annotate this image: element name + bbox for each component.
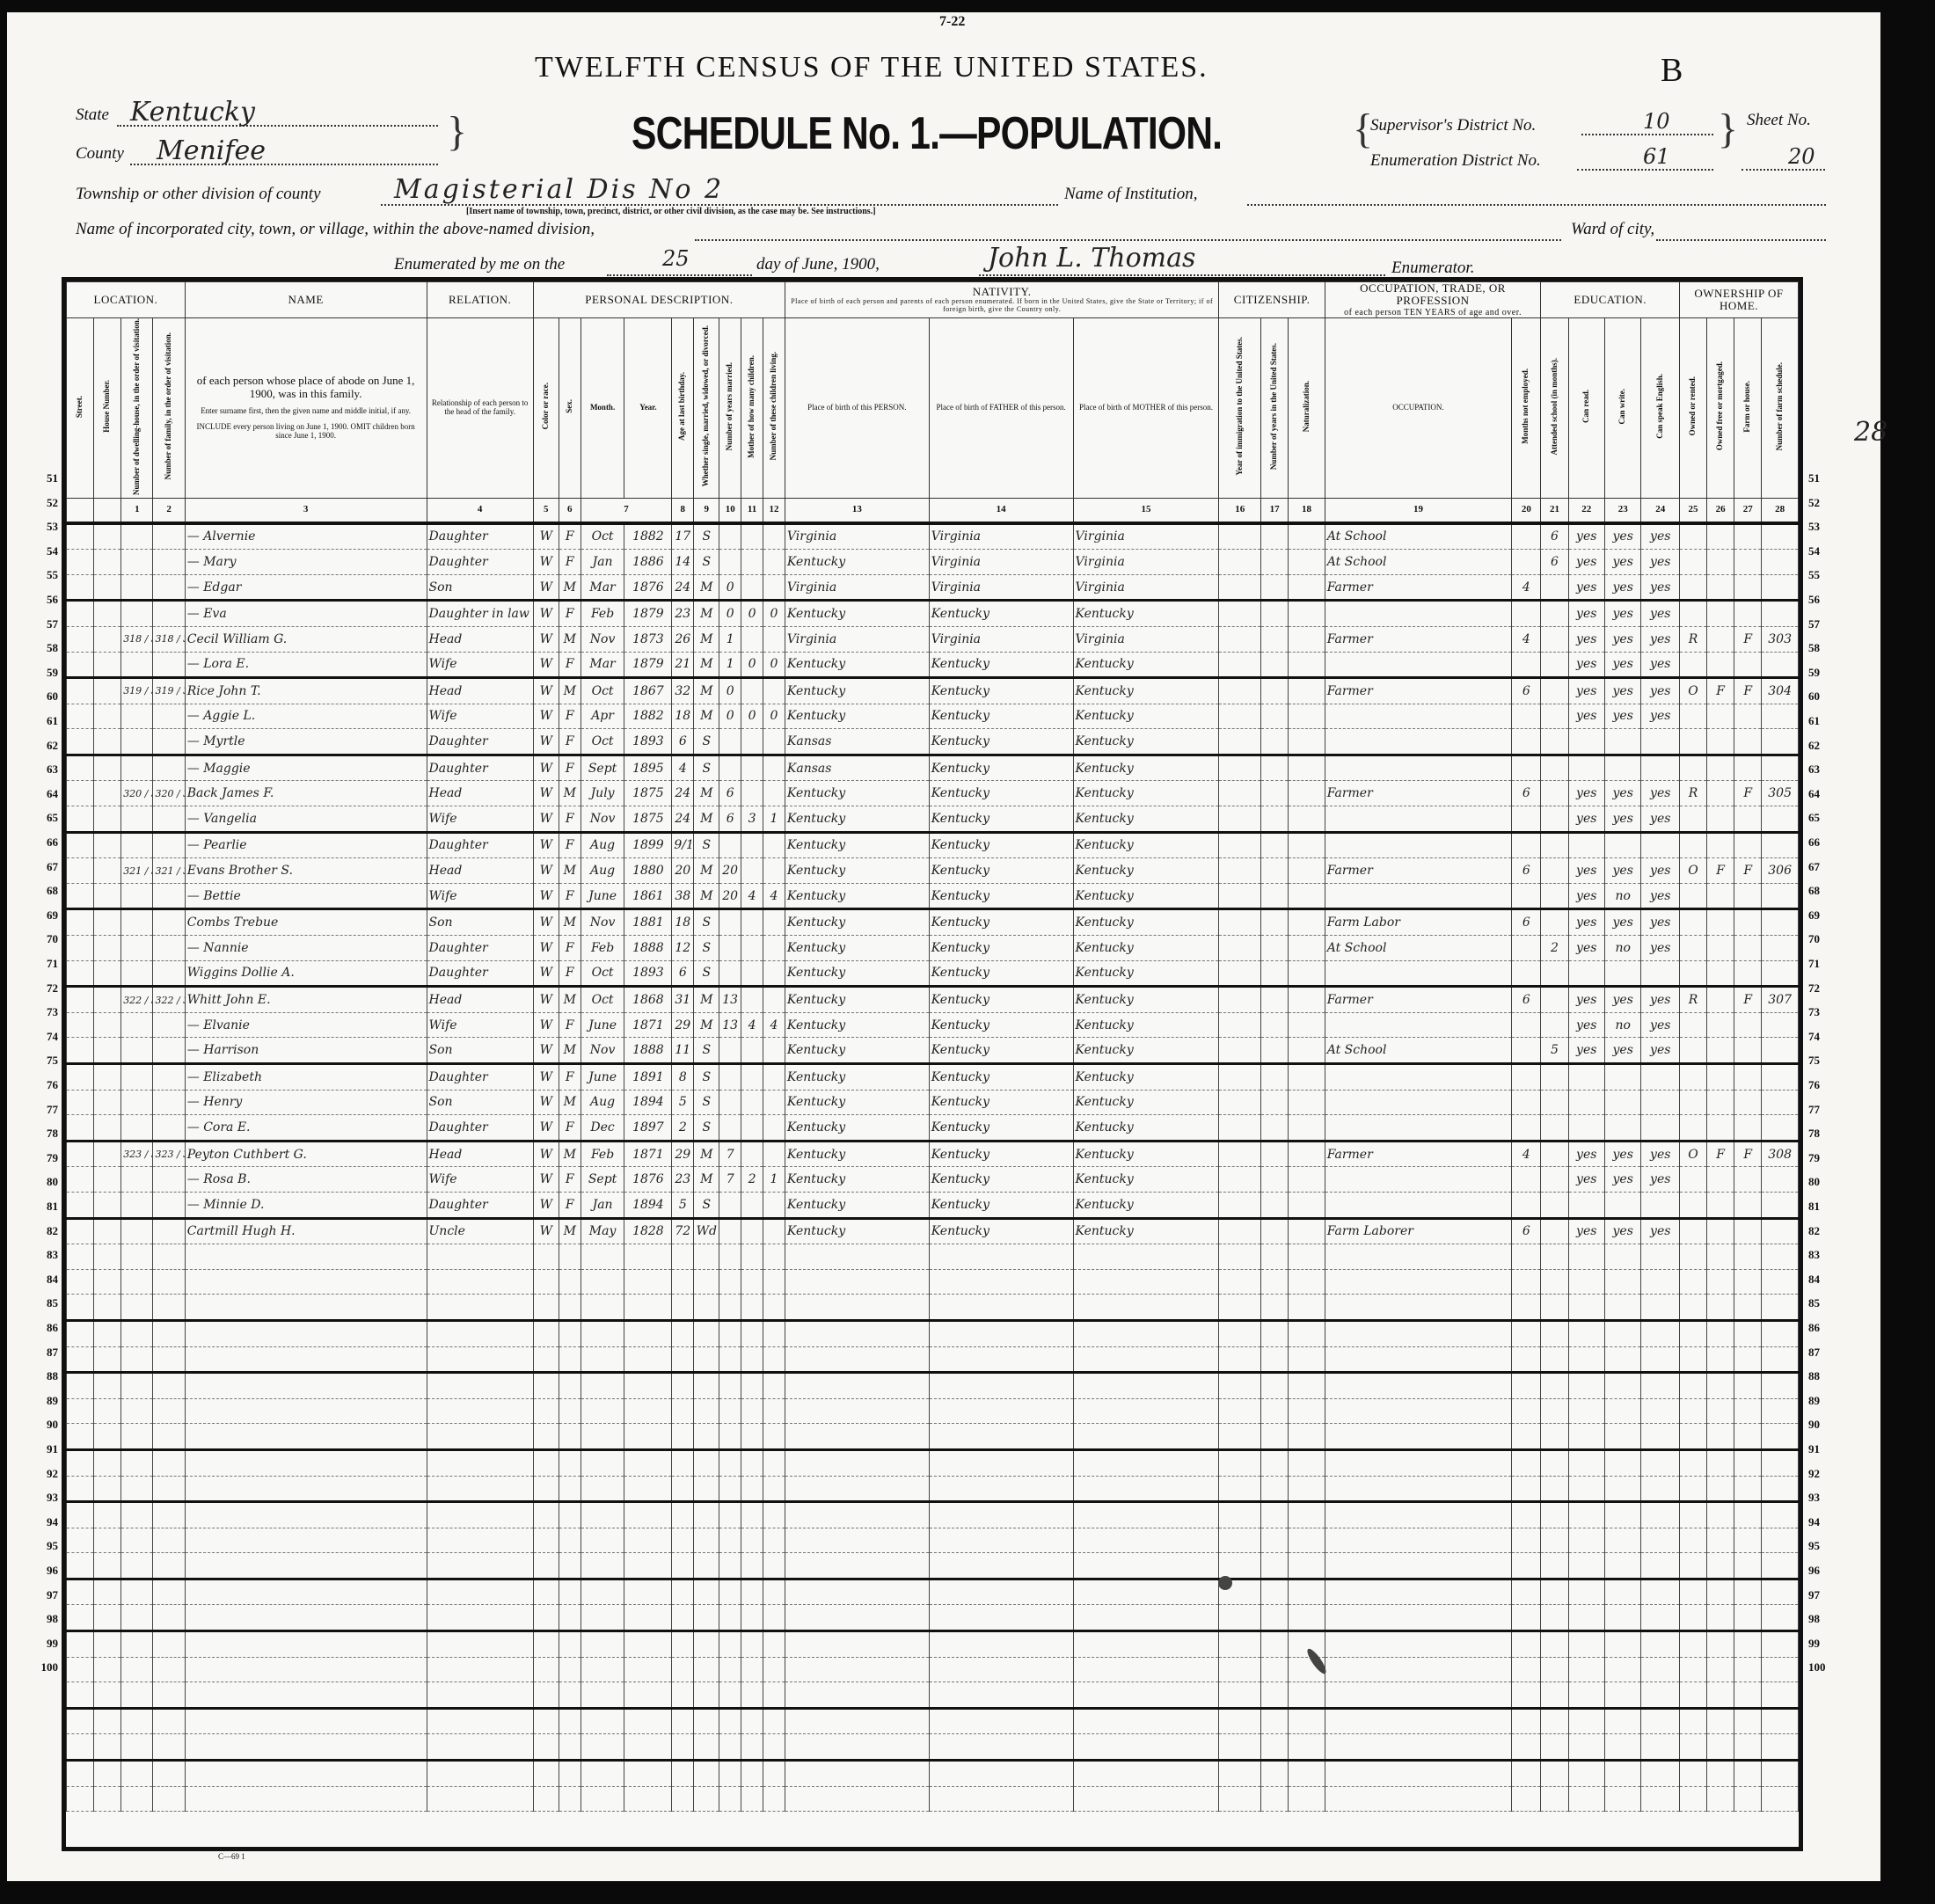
birthplace-mother-cell: Kentucky [1073, 832, 1219, 858]
occupation-cell: At School [1325, 1038, 1512, 1064]
empty-cell [121, 1553, 153, 1579]
empty-cell [580, 1631, 624, 1658]
house-cell [94, 626, 121, 652]
empty-cell [1641, 1295, 1680, 1321]
empty-cell [1680, 1708, 1707, 1734]
empty-cell [580, 1605, 624, 1631]
sex-cell: M [559, 678, 580, 704]
nat-cell [1289, 1090, 1325, 1115]
person-name-cell: Cecil William G. [185, 626, 427, 652]
imm-cell [1219, 1090, 1261, 1115]
house-cell [94, 806, 121, 833]
age-cell: 6 [672, 729, 694, 755]
nat-cell [1289, 832, 1325, 858]
speaks-english-cell [1641, 1115, 1680, 1142]
relation-cell: Daughter [427, 832, 533, 858]
nat-cell [1289, 1012, 1325, 1038]
yrs-cell [1261, 574, 1289, 601]
empty-cell [427, 1528, 533, 1553]
yrs-cell [1261, 1090, 1289, 1115]
line-number-left: 96 [26, 1564, 58, 1578]
can-read-cell [1568, 1192, 1604, 1218]
empty-cell [694, 1579, 719, 1605]
speaks-english-cell: yes [1641, 626, 1680, 652]
empty-cell [1512, 1244, 1541, 1270]
empty-cell [1325, 1786, 1512, 1812]
empty-cell [1568, 1657, 1604, 1682]
form-code: C—69 1 [218, 1852, 245, 1861]
empty-cell [1261, 1528, 1289, 1553]
years-married-cell [719, 1192, 741, 1218]
empty-cell [185, 1682, 427, 1709]
empty-cell [153, 1449, 185, 1476]
nativity-note: Place of birth of each person and parent… [785, 298, 1219, 314]
column-number: 20 [1512, 498, 1541, 523]
farm-house-cell: F [1734, 987, 1762, 1013]
empty-cell [1604, 1786, 1640, 1812]
empty-cell [1073, 1244, 1219, 1270]
empty-cell [427, 1553, 533, 1579]
farm-house-cell [1734, 601, 1762, 627]
school-months-cell: 6 [1541, 523, 1568, 550]
empty-cell [1289, 1295, 1325, 1321]
column-number [94, 498, 121, 523]
birth-month-cell: Feb [580, 936, 624, 961]
children-living-cell [763, 858, 785, 884]
empty-cell [1707, 1605, 1734, 1631]
birth-month-cell: Jan [580, 1192, 624, 1218]
empty-cell [694, 1553, 719, 1579]
children-born-cell [741, 1141, 763, 1167]
marital-status-cell: S [694, 729, 719, 755]
empty-cell [763, 1605, 785, 1631]
house-cell [94, 1167, 121, 1193]
empty-cell [1707, 1449, 1734, 1476]
farm-schedule-cell: 305 [1762, 781, 1799, 806]
street-cell [67, 550, 94, 575]
imm-cell [1219, 1012, 1261, 1038]
empty-cell [1680, 1657, 1707, 1682]
empty-cell [533, 1761, 559, 1787]
city-label: Name of incorporated city, town, or vill… [76, 220, 595, 239]
empty-cell [94, 1398, 121, 1424]
empty-cell [121, 1449, 153, 1476]
children-living-cell [763, 755, 785, 781]
empty-cell [67, 1631, 94, 1658]
line-number-left: 76 [26, 1078, 58, 1092]
person-name-cell: — Lora E. [185, 652, 427, 678]
street-cell [67, 832, 94, 858]
empty-cell [153, 1346, 185, 1373]
children-living-cell: 0 [763, 704, 785, 729]
table-row: — Lora E.WifeWFMar187921M100KentuckyKent… [67, 652, 1799, 678]
empty-cell [694, 1320, 719, 1346]
col-birthplace-mother: Place of birth of MOTHER of this person. [1073, 317, 1219, 498]
can-read-cell: yes [1568, 574, 1604, 601]
empty-cell [185, 1761, 427, 1787]
yrs-cell [1261, 832, 1289, 858]
line-number-left: 83 [26, 1248, 58, 1262]
farm-schedule-cell [1762, 704, 1799, 729]
empty-cell [672, 1476, 694, 1502]
empty-cell [1734, 1553, 1762, 1579]
enumeration-field-line [1577, 169, 1713, 171]
speaks-english-cell: yes [1641, 574, 1680, 601]
farm-schedule-cell: 303 [1762, 626, 1799, 652]
nat-cell [1289, 550, 1325, 575]
empty-cell [741, 1424, 763, 1450]
birthplace-father-cell: Kentucky [929, 781, 1073, 806]
months-unemployed-cell: 6 [1512, 909, 1541, 936]
column-number: 25 [1680, 498, 1707, 523]
can-read-cell [1568, 1064, 1604, 1091]
empty-cell [1680, 1320, 1707, 1346]
sheet-field-line [1741, 169, 1825, 171]
group-occupation: OCCUPATION, TRADE, OR PROFESSION of each… [1325, 282, 1541, 318]
children-born-cell [741, 781, 763, 806]
empty-cell [1325, 1424, 1512, 1450]
schedule-title: SCHEDULE No. 1.—POPULATION. [632, 107, 1222, 160]
line-number-left: 61 [26, 714, 58, 728]
empty-cell [763, 1244, 785, 1270]
empty-cell [533, 1269, 559, 1295]
empty-cell [1073, 1605, 1219, 1631]
empty-cell [929, 1398, 1073, 1424]
relation-cell: Head [427, 626, 533, 652]
birthplace-father-cell: Kentucky [929, 1012, 1073, 1038]
empty-cell [785, 1449, 929, 1476]
speaks-english-cell: yes [1641, 1038, 1680, 1064]
empty-cell [153, 1424, 185, 1450]
color-cell: W [533, 755, 559, 781]
empty-cell [741, 1631, 763, 1658]
enumerator-line [979, 274, 1385, 276]
empty-cell [785, 1579, 929, 1605]
free-mortgaged-cell [1707, 729, 1734, 755]
school-months-cell [1541, 883, 1568, 909]
table-row: 322 / 321322 / 321Whitt John E.HeadWMOct… [67, 987, 1799, 1013]
nativity-title: NATIVITY. [785, 286, 1219, 298]
dwelling-number-cell [121, 1218, 153, 1244]
line-number-right: 62 [1808, 739, 1840, 753]
empty-cell [533, 1244, 559, 1270]
empty-cell [153, 1398, 185, 1424]
yrs-cell [1261, 729, 1289, 755]
sex-cell: F [559, 523, 580, 550]
color-cell: W [533, 1218, 559, 1244]
empty-cell [94, 1786, 121, 1812]
empty-cell [1707, 1734, 1734, 1761]
children-living-cell [763, 574, 785, 601]
empty-cell [1325, 1682, 1512, 1709]
yrs-cell [1261, 1115, 1289, 1142]
empty-cell [185, 1786, 427, 1812]
house-cell [94, 909, 121, 936]
column-number: 7 [580, 498, 672, 523]
empty-cell [763, 1476, 785, 1502]
empty-cell [1512, 1398, 1541, 1424]
family-number-cell: 319 / 318 [153, 678, 185, 704]
color-cell: W [533, 601, 559, 627]
owned-rented-cell [1680, 936, 1707, 961]
empty-cell [185, 1320, 427, 1346]
yrs-cell [1261, 960, 1289, 987]
empty-cell [741, 1579, 763, 1605]
sex-cell: F [559, 652, 580, 678]
children-born-cell: 2 [741, 1167, 763, 1193]
empty-cell [672, 1346, 694, 1373]
color-cell: W [533, 1038, 559, 1064]
line-number-right: 55 [1808, 568, 1840, 582]
sex-cell: F [559, 832, 580, 858]
empty-cell [580, 1424, 624, 1450]
street-cell [67, 678, 94, 704]
occupation-cell [1325, 806, 1512, 833]
birthplace-mother-cell: Kentucky [1073, 678, 1219, 704]
birth-year-cell: 1861 [624, 883, 672, 909]
children-born-cell [741, 909, 763, 936]
farm-schedule-cell [1762, 550, 1799, 575]
empty-cell [785, 1320, 929, 1346]
months-unemployed-cell [1512, 832, 1541, 858]
line-number-right: 80 [1808, 1175, 1840, 1189]
county-label: County [76, 144, 124, 164]
empty-cell [741, 1295, 763, 1321]
birth-year-cell: 1888 [624, 1038, 672, 1064]
line-number-right: 100 [1808, 1660, 1840, 1674]
years-married-cell [719, 550, 741, 575]
empty-cell [1641, 1786, 1680, 1812]
years-married-cell [719, 523, 741, 550]
empty-cell [121, 1269, 153, 1295]
speaks-english-cell: yes [1641, 858, 1680, 884]
can-read-cell: yes [1568, 678, 1604, 704]
empty-cell [1568, 1682, 1604, 1709]
empty-cell [559, 1682, 580, 1709]
years-married-cell [719, 936, 741, 961]
empty-cell [1734, 1398, 1762, 1424]
years-married-cell: 0 [719, 601, 741, 627]
dwelling-number-cell [121, 652, 153, 678]
line-number-right: 87 [1808, 1346, 1840, 1360]
empty-cell [1261, 1605, 1289, 1631]
empty-cell [1289, 1734, 1325, 1761]
empty-cell [185, 1605, 427, 1631]
birthplace-mother-cell: Kentucky [1073, 806, 1219, 833]
empty-cell [1680, 1424, 1707, 1450]
birthplace-father-cell: Kentucky [929, 832, 1073, 858]
color-cell: W [533, 1167, 559, 1193]
empty-cell [672, 1553, 694, 1579]
family-number-cell: 321 / 320 [153, 858, 185, 884]
dwelling-number-cell [121, 960, 153, 987]
empty-cell [1568, 1502, 1604, 1528]
empty-cell [694, 1786, 719, 1812]
empty-cell [1261, 1786, 1289, 1812]
empty-cell [1219, 1734, 1261, 1761]
empty-cell [121, 1244, 153, 1270]
occupation-cell [1325, 729, 1512, 755]
empty-cell [94, 1579, 121, 1605]
empty-cell [94, 1476, 121, 1502]
age-cell: 9/12 [672, 832, 694, 858]
line-number-right: 66 [1808, 835, 1840, 850]
empty-cell [1680, 1761, 1707, 1787]
owned-rented-cell [1680, 652, 1707, 678]
age-cell: 2 [672, 1115, 694, 1142]
empty-cell [1325, 1476, 1512, 1502]
empty-cell [1762, 1605, 1799, 1631]
nat-cell [1289, 1115, 1325, 1142]
owned-rented-cell: O [1680, 858, 1707, 884]
school-months-cell [1541, 601, 1568, 627]
children-born-cell [741, 755, 763, 781]
free-mortgaged-cell [1707, 883, 1734, 909]
empty-cell [1568, 1786, 1604, 1812]
farm-house-cell [1734, 574, 1762, 601]
can-write-cell: yes [1604, 601, 1640, 627]
table-row: 318 / 317318 / 317Cecil William G.HeadWM… [67, 626, 1799, 652]
col-birth-year: Year. [624, 317, 672, 498]
marital-status-cell: S [694, 1192, 719, 1218]
age-cell: 23 [672, 1167, 694, 1193]
empty-row [67, 1682, 1799, 1709]
empty-cell [624, 1320, 672, 1346]
empty-cell [1289, 1244, 1325, 1270]
column-number: 27 [1734, 498, 1762, 523]
empty-cell [1604, 1605, 1640, 1631]
empty-cell [1261, 1579, 1289, 1605]
birth-month-cell: Oct [580, 987, 624, 1013]
birthplace-father-cell: Kentucky [929, 678, 1073, 704]
birthplace-mother-cell: Kentucky [1073, 1218, 1219, 1244]
birth-month-cell: Aug [580, 858, 624, 884]
imm-cell [1219, 626, 1261, 652]
empty-cell [1680, 1476, 1707, 1502]
imm-cell [1219, 523, 1261, 550]
empty-cell [1219, 1528, 1261, 1553]
occupation-cell: At School [1325, 550, 1512, 575]
column-number: 14 [929, 498, 1073, 523]
free-mortgaged-cell [1707, 1218, 1734, 1244]
marital-status-cell: S [694, 1064, 719, 1091]
empty-cell [1073, 1269, 1219, 1295]
can-read-cell: yes [1568, 601, 1604, 627]
empty-cell [624, 1682, 672, 1709]
street-cell [67, 755, 94, 781]
empty-cell [1541, 1295, 1568, 1321]
months-unemployed-cell [1512, 936, 1541, 961]
dwelling-number-cell [121, 936, 153, 961]
empty-cell [1541, 1244, 1568, 1270]
group-personal: PERSONAL DESCRIPTION. [533, 282, 785, 318]
birth-month-cell: Aug [580, 832, 624, 858]
children-born-cell: 0 [741, 601, 763, 627]
birthplace-mother-cell: Kentucky [1073, 729, 1219, 755]
empty-cell [533, 1734, 559, 1761]
person-name-cell: — Myrtle [185, 729, 427, 755]
empty-cell [694, 1424, 719, 1450]
marital-status-cell: M [694, 678, 719, 704]
empty-cell [1707, 1346, 1734, 1373]
column-number: 4 [427, 498, 533, 523]
empty-cell [624, 1424, 672, 1450]
empty-cell [1762, 1708, 1799, 1734]
table-row: — EvaDaughter in lawWFFeb187923M000Kentu… [67, 601, 1799, 627]
empty-row [67, 1657, 1799, 1682]
empty-cell [121, 1528, 153, 1553]
line-number-right: 79 [1808, 1151, 1840, 1165]
birth-year-cell: 1897 [624, 1115, 672, 1142]
empty-cell [1073, 1320, 1219, 1346]
line-number-right: 92 [1808, 1467, 1840, 1481]
children-living-cell: 0 [763, 601, 785, 627]
color-cell: W [533, 909, 559, 936]
empty-cell [427, 1502, 533, 1528]
children-born-cell [741, 1038, 763, 1064]
imm-cell [1219, 781, 1261, 806]
empty-cell [1680, 1269, 1707, 1295]
empty-cell [559, 1553, 580, 1579]
birthplace-cell: Kentucky [785, 1115, 929, 1142]
house-cell [94, 601, 121, 627]
column-number: 24 [1641, 498, 1680, 523]
family-number-cell [153, 550, 185, 575]
birthplace-father-cell: Kentucky [929, 729, 1073, 755]
birthplace-mother-cell: Kentucky [1073, 1141, 1219, 1167]
street-cell [67, 1218, 94, 1244]
empty-cell [1734, 1528, 1762, 1553]
can-write-cell [1604, 755, 1640, 781]
family-number-cell [153, 1012, 185, 1038]
birth-month-cell: June [580, 1012, 624, 1038]
empty-cell [1568, 1734, 1604, 1761]
col-owned-free: Owned free or mortgaged. [1707, 317, 1734, 498]
empty-cell [1734, 1682, 1762, 1709]
empty-cell [1512, 1553, 1541, 1579]
birthplace-mother-cell: Kentucky [1073, 987, 1219, 1013]
yrs-cell [1261, 883, 1289, 909]
empty-cell [763, 1708, 785, 1734]
line-number-left: 88 [26, 1369, 58, 1383]
empty-cell [1707, 1761, 1734, 1787]
empty-cell [719, 1553, 741, 1579]
empty-cell [672, 1502, 694, 1528]
imm-cell [1219, 806, 1261, 833]
col-farm-schedule: Number of farm schedule. [1762, 317, 1799, 498]
empty-cell [533, 1605, 559, 1631]
street-cell [67, 1141, 94, 1167]
empty-cell [427, 1320, 533, 1346]
empty-cell [1541, 1682, 1568, 1709]
can-write-cell: yes [1604, 678, 1640, 704]
birthplace-mother-cell: Kentucky [1073, 1192, 1219, 1218]
empty-row [67, 1373, 1799, 1399]
page-title: TWELFTH CENSUS OF THE UNITED STATES. [535, 51, 1208, 84]
empty-cell [1604, 1734, 1640, 1761]
street-cell [67, 523, 94, 550]
family-number-cell: 318 / 317 [153, 626, 185, 652]
empty-cell [67, 1708, 94, 1734]
street-cell [67, 1038, 94, 1064]
farm-schedule-cell: 308 [1762, 1141, 1799, 1167]
children-living-cell [763, 1064, 785, 1091]
empty-cell [1261, 1553, 1289, 1579]
empty-cell [929, 1502, 1073, 1528]
relation-cell: Wife [427, 806, 533, 833]
empty-cell [153, 1528, 185, 1553]
house-cell [94, 1064, 121, 1091]
